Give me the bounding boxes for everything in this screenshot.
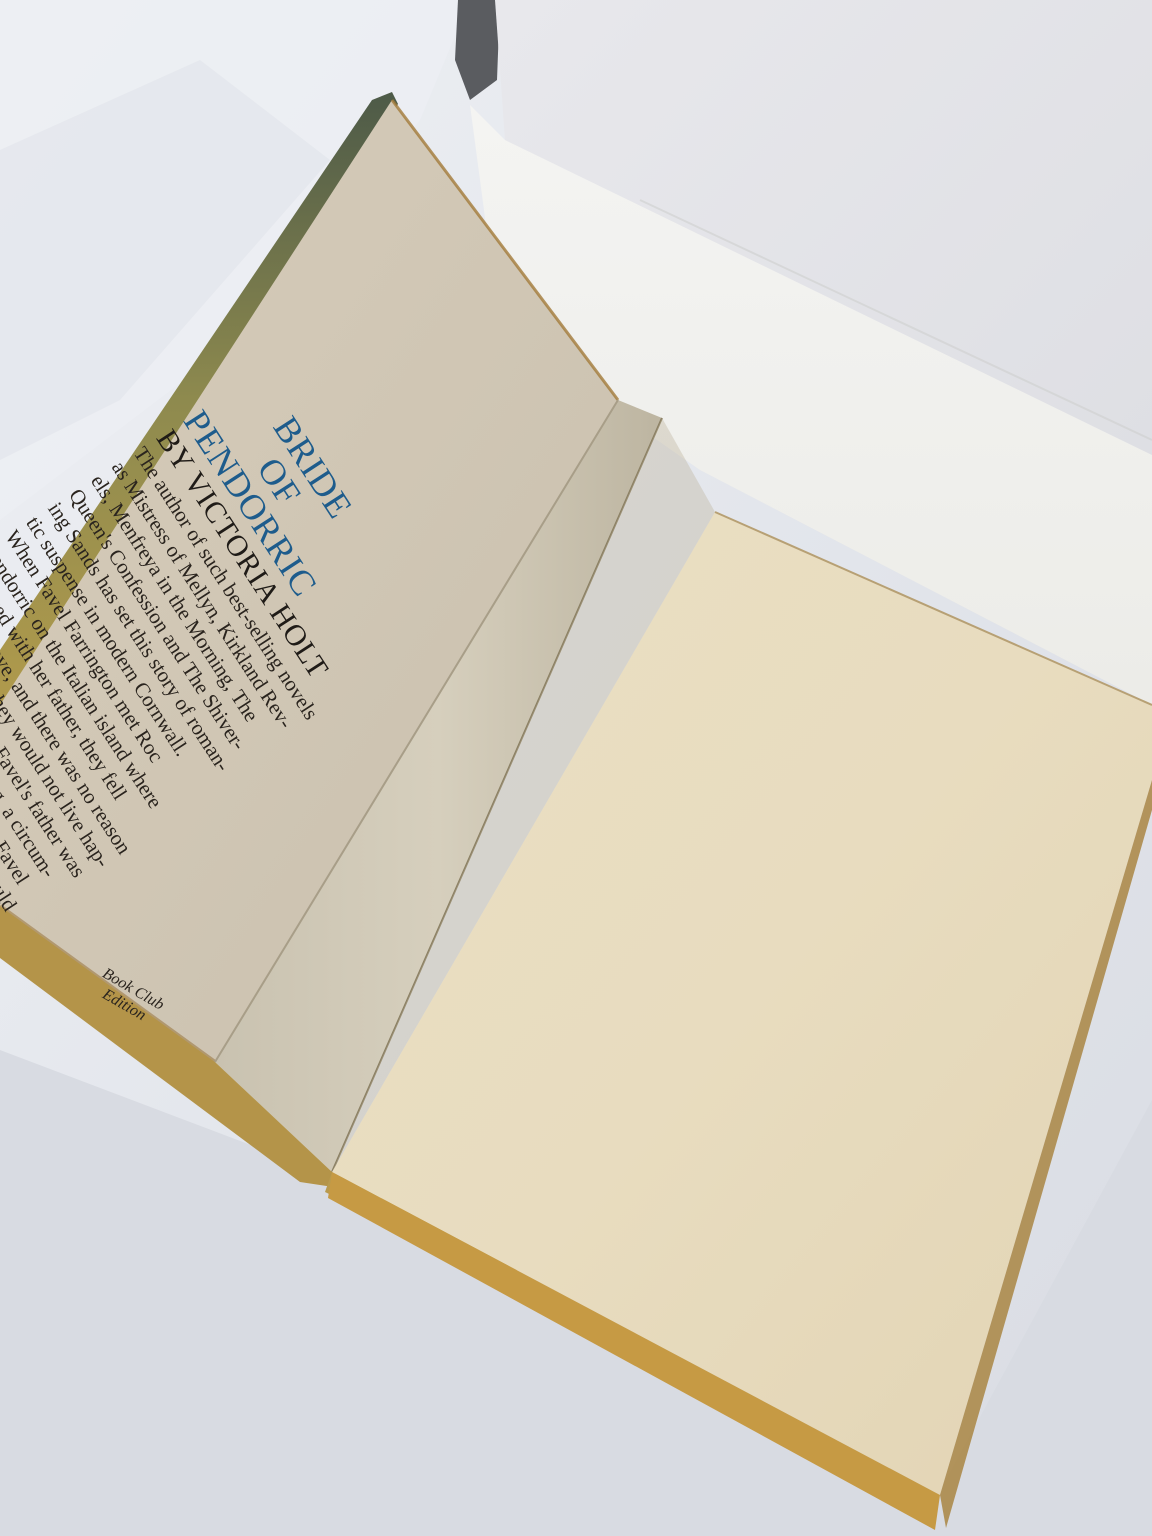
book-photo-scene: BRIDE OF PENDORRIC BY VICTORIA HOLT The … [0, 0, 1152, 1536]
book-illustration [0, 0, 1152, 1536]
